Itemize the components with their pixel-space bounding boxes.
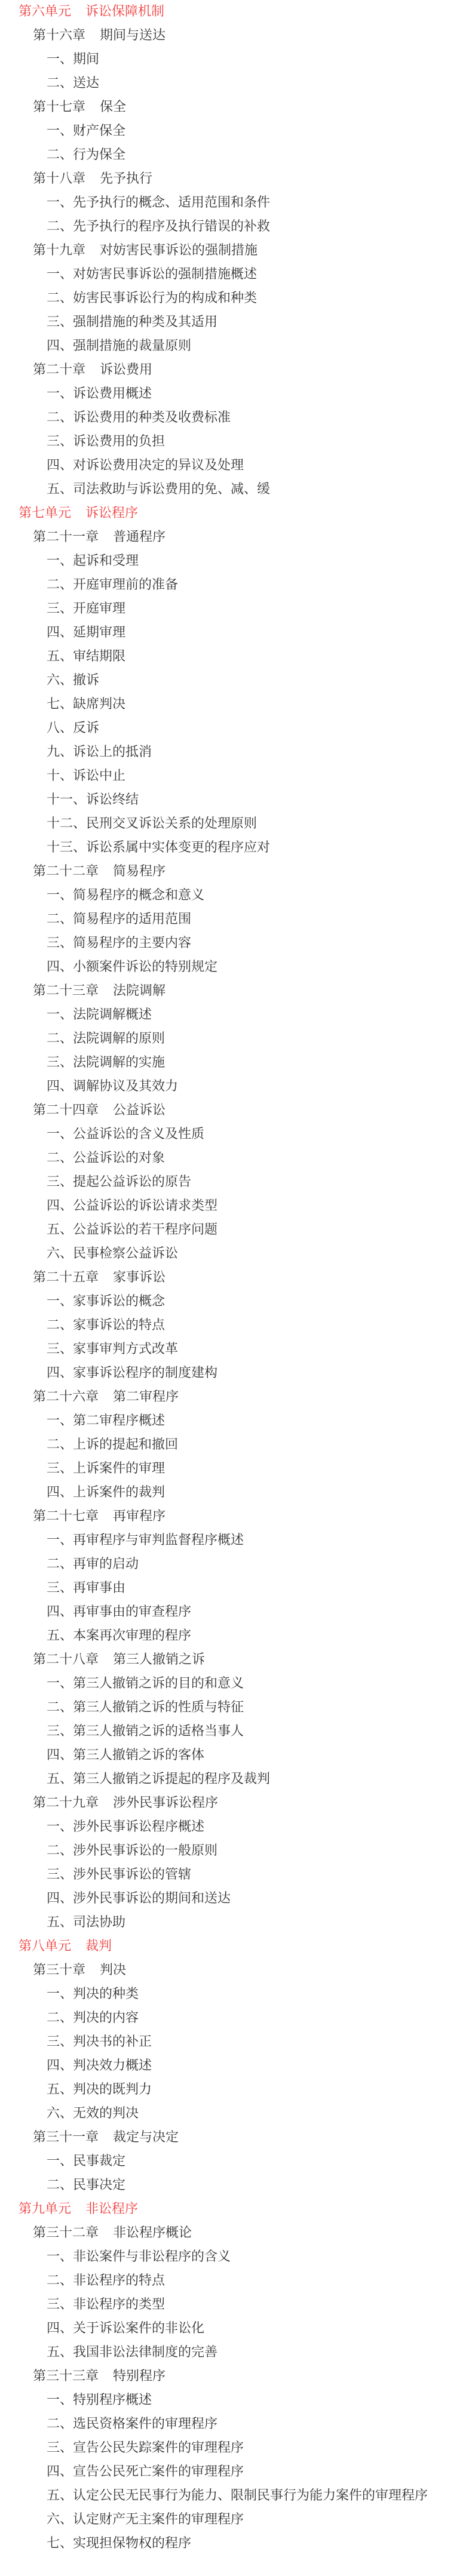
chapter-title: 期间与送达 xyxy=(100,28,165,43)
section-title: 一、先予执行的概念、适用范围和条件 xyxy=(47,195,270,210)
section-title: 五、本案再次审理的程序 xyxy=(47,1628,191,1643)
chapter-number: 第二十二章 xyxy=(33,864,99,879)
section-title: 一、简易程序的概念和意义 xyxy=(47,888,204,903)
section-title: 三、提起公益诉讼的原告 xyxy=(47,1175,191,1189)
section-title: 二、诉讼费用的种类及收费标准 xyxy=(47,410,231,425)
chapter-title: 对妨害民事诉讼的强制措施 xyxy=(100,243,258,258)
toc-chapter-link[interactable]: 第三十二章非讼程序概论 xyxy=(0,2221,454,2245)
section-title: 三、再审事由 xyxy=(47,1581,125,1596)
section-title: 一、期间 xyxy=(47,52,99,67)
toc-section-link[interactable]: 三、非讼程序的类型 xyxy=(0,2293,454,2317)
section-title: 二、开庭审理前的准备 xyxy=(47,577,178,592)
toc-chapter-link[interactable]: 第二十六章第二审程序 xyxy=(0,1385,454,1409)
toc-chapter-link[interactable]: 第二十五章家事诉讼 xyxy=(0,1266,454,1290)
toc-chapter-link[interactable]: 第二十八章第三人撤销之诉 xyxy=(0,1648,454,1672)
section-title: 四、涉外民事诉讼的期间和送达 xyxy=(47,1891,231,1906)
section-title: 二、送达 xyxy=(47,76,99,91)
section-title: 四、关于诉讼案件的非讼化 xyxy=(47,2321,204,2336)
toc-section-link[interactable]: 八、反诉 xyxy=(0,717,454,740)
toc-section-link[interactable]: 一、法院调解概述 xyxy=(0,1003,454,1027)
toc-section-link[interactable]: 六、无效的判决 xyxy=(0,2102,454,2126)
section-title: 三、简易程序的主要内容 xyxy=(47,936,191,951)
section-title: 三、上诉案件的审理 xyxy=(47,1461,165,1476)
toc-section-link[interactable]: 六、撤诉 xyxy=(0,669,454,693)
section-title: 四、公益诉讼的诉讼请求类型 xyxy=(47,1198,217,1213)
section-title: 一、第三人撤销之诉的目的和意义 xyxy=(47,1676,244,1691)
toc-section-link[interactable]: 二、选民资格案件的审理程序 xyxy=(0,2412,454,2436)
toc-section-link[interactable]: 一、对妨害民事诉讼的强制措施概述 xyxy=(0,263,454,287)
chapter-number: 第二十七章 xyxy=(33,1509,99,1524)
toc-section-link[interactable]: 五、公益诉讼的若干程序问题 xyxy=(0,1218,454,1242)
toc-chapter-link[interactable]: 第二十二章简易程序 xyxy=(0,860,454,884)
toc-section-link[interactable]: 十、诉讼中止 xyxy=(0,764,454,788)
toc-section-link[interactable]: 一、非讼案件与非讼程序的含义 xyxy=(0,2245,454,2269)
unit-number: 第九单元 xyxy=(19,2202,71,2217)
toc-section-link[interactable]: 一、期间 xyxy=(0,48,454,72)
unit-title: 非讼程序 xyxy=(85,2202,138,2217)
toc-section-link[interactable]: 五、我国非讼法律制度的完善 xyxy=(0,2341,454,2365)
section-title: 六、撤诉 xyxy=(47,673,99,688)
toc-section-link[interactable]: 五、审结期限 xyxy=(0,645,454,669)
chapter-title: 诉讼费用 xyxy=(100,362,152,377)
chapter-title: 先予执行 xyxy=(100,171,152,186)
toc-section-link[interactable]: 二、行为保全 xyxy=(0,143,454,167)
section-title: 二、非讼程序的特点 xyxy=(47,2273,165,2288)
section-title: 二、公益诉讼的对象 xyxy=(47,1151,165,1166)
section-title: 五、我国非讼法律制度的完善 xyxy=(47,2345,217,2360)
section-title: 五、认定公民无民事行为能力、限制民事行为能力案件的审理程序 xyxy=(47,2488,428,2503)
section-title: 七、缺席判决 xyxy=(47,697,125,712)
toc-section-link[interactable]: 二、诉讼费用的种类及收费标准 xyxy=(0,406,454,430)
section-title: 一、起诉和受理 xyxy=(47,554,139,568)
toc-chapter-link[interactable]: 第十八章先予执行 xyxy=(0,167,454,191)
chapter-number: 第二十一章 xyxy=(33,530,99,545)
toc-section-link[interactable]: 三、简易程序的主要内容 xyxy=(0,932,454,955)
toc-section-link[interactable]: 三、第三人撤销之诉的适格当事人 xyxy=(0,1720,454,1744)
section-title: 五、公益诉讼的若干程序问题 xyxy=(47,1222,217,1237)
section-title: 二、涉外民事诉讼的一般原则 xyxy=(47,1843,217,1858)
section-title: 四、上诉案件的裁判 xyxy=(47,1485,165,1500)
chapter-number: 第二十章 xyxy=(33,362,85,377)
section-title: 三、强制措施的种类及其适用 xyxy=(47,315,217,330)
toc-section-link[interactable]: 三、强制措施的种类及其适用 xyxy=(0,311,454,334)
section-title: 四、小额案件诉讼的特别规定 xyxy=(47,960,217,975)
toc-section-link[interactable]: 四、调解协议及其效力 xyxy=(0,1075,454,1099)
section-title: 八、反诉 xyxy=(47,721,99,736)
chapter-title: 第二审程序 xyxy=(113,1390,179,1404)
section-title: 七、实现担保物权的程序 xyxy=(47,2536,191,2551)
chapter-number: 第二十三章 xyxy=(33,983,99,998)
chapter-number: 第二十九章 xyxy=(33,1796,99,1810)
toc-section-link[interactable]: 一、判决的种类 xyxy=(0,1982,454,2006)
chapter-number: 第十九章 xyxy=(33,243,85,258)
toc-section-link[interactable]: 二、涉外民事诉讼的一般原则 xyxy=(0,1839,454,1863)
section-title: 二、选民资格案件的审理程序 xyxy=(47,2417,217,2431)
section-title: 三、宣告公民失踪案件的审理程序 xyxy=(47,2440,244,2455)
chapter-title: 保全 xyxy=(100,100,126,115)
chapter-title: 公益诉讼 xyxy=(113,1103,165,1118)
section-title: 二、第三人撤销之诉的性质与特征 xyxy=(47,1700,244,1715)
section-title: 一、再审程序与审判监督程序概述 xyxy=(47,1533,244,1548)
section-title: 一、对妨害民事诉讼的强制措施概述 xyxy=(47,267,257,282)
toc-section-link[interactable]: 三、涉外民事诉讼的管辖 xyxy=(0,1863,454,1887)
section-title: 三、非讼程序的类型 xyxy=(47,2297,165,2312)
toc-section-link[interactable]: 一、公益诉讼的含义及性质 xyxy=(0,1123,454,1146)
toc-section-link[interactable]: 四、宣告公民死亡案件的审理程序 xyxy=(0,2460,454,2484)
chapter-number: 第三十三章 xyxy=(33,2369,99,2384)
toc-section-link[interactable]: 三、诉讼费用的负担 xyxy=(0,430,454,454)
toc-section-link[interactable]: 二、判决的内容 xyxy=(0,2006,454,2030)
section-title: 一、财产保全 xyxy=(47,124,125,139)
section-title: 四、宣告公民死亡案件的审理程序 xyxy=(47,2464,244,2479)
toc-section-link[interactable]: 一、民事裁定 xyxy=(0,2150,454,2174)
chapter-number: 第二十六章 xyxy=(33,1390,99,1404)
toc-section-link[interactable]: 十二、民刑交叉诉讼关系的处理原则 xyxy=(0,812,454,836)
chapter-number: 第十六章 xyxy=(33,28,85,43)
section-title: 十、诉讼中止 xyxy=(47,769,125,783)
toc-chapter-link[interactable]: 第十六章期间与送达 xyxy=(0,24,454,48)
toc-section-link[interactable]: 四、判决效力概述 xyxy=(0,2054,454,2078)
section-title: 三、涉外民事诉讼的管辖 xyxy=(47,1867,191,1882)
toc-chapter-link[interactable]: 第二十一章普通程序 xyxy=(0,525,454,549)
chapter-title: 简易程序 xyxy=(113,864,165,879)
section-title: 四、强制措施的裁量原则 xyxy=(47,339,191,353)
toc-section-link[interactable]: 一、简易程序的概念和意义 xyxy=(0,884,454,908)
toc-section-link[interactable]: 一、特别程序概述 xyxy=(0,2389,454,2412)
chapter-number: 第二十八章 xyxy=(33,1652,99,1667)
chapter-title: 特别程序 xyxy=(113,2369,165,2384)
chapter-number: 第二十五章 xyxy=(33,1270,99,1285)
section-title: 一、涉外民事诉讼程序概述 xyxy=(47,1819,204,1834)
toc-section-link[interactable]: 六、认定财产无主案件的审理程序 xyxy=(0,2508,454,2532)
toc-section-link[interactable]: 四、涉外民事诉讼的期间和送达 xyxy=(0,1887,454,1911)
toc-section-link[interactable]: 七、缺席判决 xyxy=(0,693,454,717)
section-title: 五、判决的既判力 xyxy=(47,2082,152,2097)
section-title: 五、司法救助与诉讼费用的免、减、缓 xyxy=(47,482,270,497)
toc-section-link[interactable]: 十一、诉讼终结 xyxy=(0,788,454,812)
chapter-title: 裁定与决定 xyxy=(113,2130,179,2145)
toc-unit-heading[interactable]: 第九单元非讼程序 xyxy=(0,2197,454,2221)
section-title: 四、判决效力概述 xyxy=(47,2058,152,2073)
toc-section-link[interactable]: 一、再审程序与审判监督程序概述 xyxy=(0,1529,454,1553)
section-title: 二、家事诉讼的特点 xyxy=(47,1318,165,1333)
toc-section-link[interactable]: 一、涉外民事诉讼程序概述 xyxy=(0,1815,454,1839)
toc-section-link[interactable]: 二、简易程序的适用范围 xyxy=(0,908,454,932)
section-title: 五、审结期限 xyxy=(47,649,125,664)
chapter-title: 法院调解 xyxy=(113,983,165,998)
unit-number: 第八单元 xyxy=(19,1939,71,1954)
toc-section-link[interactable]: 四、强制措施的裁量原则 xyxy=(0,334,454,358)
section-title: 二、再审的启动 xyxy=(47,1557,139,1572)
toc-section-link[interactable]: 五、第三人撤销之诉提起的程序及裁判 xyxy=(0,1767,454,1791)
section-title: 三、诉讼费用的负担 xyxy=(47,434,165,449)
section-title: 一、民事裁定 xyxy=(47,2154,125,2169)
toc-section-link[interactable]: 二、非讼程序的特点 xyxy=(0,2269,454,2293)
toc-section-link[interactable]: 四、对诉讼费用决定的异议及处理 xyxy=(0,454,454,478)
toc-section-link[interactable]: 五、司法协助 xyxy=(0,1911,454,1935)
section-title: 一、法院调解概述 xyxy=(47,1007,152,1022)
toc-section-link[interactable]: 五、司法救助与诉讼费用的免、减、缓 xyxy=(0,478,454,502)
toc-section-link[interactable]: 二、先予执行的程序及执行错误的补救 xyxy=(0,215,454,239)
table-of-contents: 第六单元诉讼保障机制第十六章期间与送达一、期间二、送达第十七章保全一、财产保全二… xyxy=(0,0,454,2556)
section-title: 二、简易程序的适用范围 xyxy=(47,912,191,927)
unit-title: 裁判 xyxy=(85,1939,112,1954)
unit-title: 诉讼程序 xyxy=(85,506,138,521)
chapter-title: 普通程序 xyxy=(113,530,165,545)
toc-section-link[interactable]: 二、公益诉讼的对象 xyxy=(0,1146,454,1170)
toc-chapter-link[interactable]: 第三十三章特别程序 xyxy=(0,2365,454,2389)
toc-unit-heading[interactable]: 第八单元裁判 xyxy=(0,1935,454,1959)
section-title: 二、行为保全 xyxy=(47,147,125,162)
toc-section-link[interactable]: 三、宣告公民失踪案件的审理程序 xyxy=(0,2436,454,2460)
toc-chapter-link[interactable]: 第二十九章涉外民事诉讼程序 xyxy=(0,1791,454,1815)
section-title: 一、非讼案件与非讼程序的含义 xyxy=(47,2249,231,2264)
section-title: 四、家事诉讼程序的制度建构 xyxy=(47,1366,217,1381)
toc-unit-heading[interactable]: 第六单元诉讼保障机制 xyxy=(0,0,454,24)
toc-section-link[interactable]: 三、再审事由 xyxy=(0,1576,454,1600)
toc-section-link[interactable]: 六、民事检察公益诉讼 xyxy=(0,1242,454,1266)
toc-section-link[interactable]: 三、开庭审理 xyxy=(0,597,454,621)
toc-section-link[interactable]: 一、第二审程序概述 xyxy=(0,1409,454,1433)
section-title: 二、妨害民事诉讼行为的构成和种类 xyxy=(47,291,257,306)
toc-section-link[interactable]: 一、起诉和受理 xyxy=(0,549,454,573)
section-title: 五、第三人撤销之诉提起的程序及裁判 xyxy=(47,1772,270,1787)
toc-section-link[interactable]: 四、关于诉讼案件的非讼化 xyxy=(0,2317,454,2341)
section-title: 十二、民刑交叉诉讼关系的处理原则 xyxy=(47,816,257,831)
toc-section-link[interactable]: 五、本案再次审理的程序 xyxy=(0,1624,454,1648)
toc-section-link[interactable]: 九、诉讼上的抵消 xyxy=(0,740,454,764)
chapter-number: 第三十一章 xyxy=(33,2130,99,2145)
chapter-number: 第三十章 xyxy=(33,1963,85,1978)
toc-chapter-link[interactable]: 第三十一章裁定与决定 xyxy=(0,2126,454,2150)
section-title: 三、第三人撤销之诉的适格当事人 xyxy=(47,1724,244,1739)
toc-section-link[interactable]: 二、家事诉讼的特点 xyxy=(0,1314,454,1338)
toc-unit-heading[interactable]: 第七单元诉讼程序 xyxy=(0,502,454,525)
chapter-number: 第十七章 xyxy=(33,100,85,115)
section-title: 一、家事诉讼的概念 xyxy=(47,1294,165,1309)
section-title: 三、法院调解的实施 xyxy=(47,1055,165,1070)
chapter-title: 家事诉讼 xyxy=(113,1270,165,1285)
section-title: 二、判决的内容 xyxy=(47,2011,139,2025)
unit-title: 诉讼保障机制 xyxy=(85,4,164,19)
toc-section-link[interactable]: 二、再审的启动 xyxy=(0,1553,454,1576)
toc-chapter-link[interactable]: 第十九章对妨害民事诉讼的强制措施 xyxy=(0,239,454,263)
section-title: 四、第三人撤销之诉的客体 xyxy=(47,1748,204,1763)
toc-section-link[interactable]: 四、延期审理 xyxy=(0,621,454,645)
toc-section-link[interactable]: 五、判决的既判力 xyxy=(0,2078,454,2102)
chapter-title: 判决 xyxy=(100,1963,126,1978)
unit-number: 第七单元 xyxy=(19,506,71,521)
toc-section-link[interactable]: 四、家事诉讼程序的制度建构 xyxy=(0,1361,454,1385)
toc-section-link[interactable]: 三、法院调解的实施 xyxy=(0,1051,454,1075)
toc-chapter-link[interactable]: 第二十七章再审程序 xyxy=(0,1505,454,1529)
toc-section-link[interactable]: 十三、诉讼系属中实体变更的程序应对 xyxy=(0,836,454,860)
section-title: 六、民事检察公益诉讼 xyxy=(47,1246,178,1261)
toc-section-link[interactable]: 三、判决书的补正 xyxy=(0,2030,454,2054)
toc-section-link[interactable]: 五、认定公民无民事行为能力、限制民事行为能力案件的审理程序 xyxy=(0,2484,454,2508)
toc-section-link[interactable]: 四、小额案件诉讼的特别规定 xyxy=(0,955,454,979)
toc-section-link[interactable]: 四、公益诉讼的诉讼请求类型 xyxy=(0,1194,454,1218)
toc-section-link[interactable]: 二、上诉的提起和撤回 xyxy=(0,1433,454,1457)
section-title: 一、第二审程序概述 xyxy=(47,1413,165,1428)
section-title: 一、诉讼费用概述 xyxy=(47,386,152,401)
section-title: 一、判决的种类 xyxy=(47,1987,139,2002)
toc-section-link[interactable]: 二、妨害民事诉讼行为的构成和种类 xyxy=(0,287,454,311)
toc-section-link[interactable]: 三、提起公益诉讼的原告 xyxy=(0,1170,454,1194)
section-title: 三、判决书的补正 xyxy=(47,2034,152,2049)
section-title: 二、上诉的提起和撤回 xyxy=(47,1437,178,1452)
section-title: 一、特别程序概述 xyxy=(47,2393,152,2408)
section-title: 一、公益诉讼的含义及性质 xyxy=(47,1127,204,1142)
section-title: 三、开庭审理 xyxy=(47,601,125,616)
toc-section-link[interactable]: 一、第三人撤销之诉的目的和意义 xyxy=(0,1672,454,1696)
section-title: 四、调解协议及其效力 xyxy=(47,1079,178,1094)
section-title: 五、司法协助 xyxy=(47,1915,125,1930)
toc-section-link[interactable]: 二、民事决定 xyxy=(0,2174,454,2197)
chapter-number: 第二十四章 xyxy=(33,1103,99,1118)
chapter-title: 涉外民事诉讼程序 xyxy=(113,1796,218,1810)
toc-section-link[interactable]: 二、第三人撤销之诉的性质与特征 xyxy=(0,1696,454,1720)
section-title: 二、法院调解的原则 xyxy=(47,1031,165,1046)
toc-section-link[interactable]: 一、诉讼费用概述 xyxy=(0,382,454,406)
toc-section-link[interactable]: 一、先予执行的概念、适用范围和条件 xyxy=(0,191,454,215)
toc-section-link[interactable]: 四、上诉案件的裁判 xyxy=(0,1481,454,1505)
chapter-number: 第三十二章 xyxy=(33,2225,99,2240)
chapter-title: 第三人撤销之诉 xyxy=(113,1652,205,1667)
section-title: 四、再审事由的审查程序 xyxy=(47,1604,191,1619)
toc-chapter-link[interactable]: 第二十章诉讼费用 xyxy=(0,358,454,382)
section-title: 六、认定财产无主案件的审理程序 xyxy=(47,2512,244,2527)
section-title: 二、民事决定 xyxy=(47,2178,125,2193)
toc-section-link[interactable]: 七、实现担保物权的程序 xyxy=(0,2532,454,2556)
section-title: 二、先予执行的程序及执行错误的补救 xyxy=(47,219,270,234)
unit-number: 第六单元 xyxy=(19,4,71,19)
chapter-title: 非讼程序概论 xyxy=(113,2225,192,2240)
toc-section-link[interactable]: 三、上诉案件的审理 xyxy=(0,1457,454,1481)
toc-section-link[interactable]: 二、开庭审理前的准备 xyxy=(0,573,454,597)
toc-section-link[interactable]: 四、第三人撤销之诉的客体 xyxy=(0,1744,454,1767)
toc-section-link[interactable]: 二、法院调解的原则 xyxy=(0,1027,454,1051)
section-title: 九、诉讼上的抵消 xyxy=(47,745,152,760)
toc-section-link[interactable]: 一、家事诉讼的概念 xyxy=(0,1290,454,1314)
section-title: 四、延期审理 xyxy=(47,625,125,640)
toc-section-link[interactable]: 二、送达 xyxy=(0,72,454,96)
toc-section-link[interactable]: 三、家事审判方式改革 xyxy=(0,1338,454,1361)
toc-chapter-link[interactable]: 第二十三章法院调解 xyxy=(0,979,454,1003)
toc-section-link[interactable]: 四、再审事由的审查程序 xyxy=(0,1600,454,1624)
chapter-title: 再审程序 xyxy=(113,1509,165,1524)
section-title: 十三、诉讼系属中实体变更的程序应对 xyxy=(47,840,270,855)
toc-section-link[interactable]: 一、财产保全 xyxy=(0,119,454,143)
chapter-number: 第十八章 xyxy=(33,171,85,186)
section-title: 四、对诉讼费用决定的异议及处理 xyxy=(47,458,244,473)
section-title: 六、无效的判决 xyxy=(47,2106,139,2121)
toc-chapter-link[interactable]: 第十七章保全 xyxy=(0,96,454,119)
section-title: 三、家事审判方式改革 xyxy=(47,1342,178,1357)
toc-chapter-link[interactable]: 第二十四章公益诉讼 xyxy=(0,1099,454,1123)
section-title: 十一、诉讼终结 xyxy=(47,792,139,807)
toc-chapter-link[interactable]: 第三十章判决 xyxy=(0,1959,454,1982)
